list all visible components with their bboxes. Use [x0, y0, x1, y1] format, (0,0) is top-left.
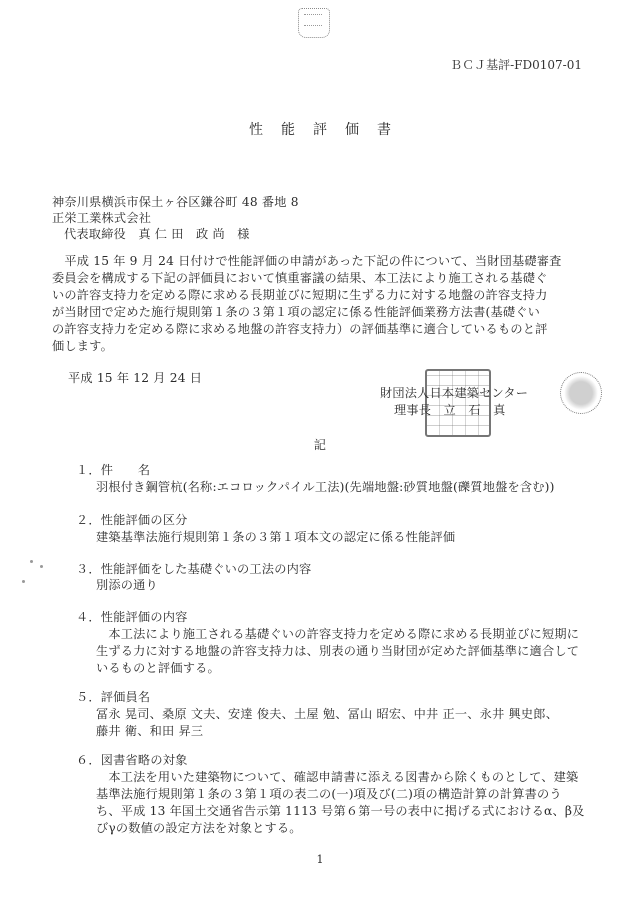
item-heading: １．件 名 [76, 462, 150, 479]
addressee-representative: 代表取締役 真 仁 田 政 尚 様 [64, 226, 250, 243]
body-line: が当財団で定めた施行規則第１条の３第１項の認定に係る性能評価業務方法書(基礎ぐい [52, 304, 612, 321]
item-line: 羽根付き鋼管杭(名称:エコロックパイル工法)(先端地盤:砂質地盤(礫質地盤を含む… [96, 479, 555, 496]
item-heading: ６．図書省略の対象 [76, 752, 188, 769]
body-line: 平成 15 年 9 月 24 日付けで性能評価の申請があった下記の件について、当… [52, 253, 612, 270]
body-line: の許容支持力を定める際に求める地盤の許容支持力）の評価基準に適合しているものと評 [52, 321, 612, 338]
page-number: 1 [0, 853, 640, 866]
item-line: いるものと評価する。 [96, 660, 220, 677]
item-line: 本工法により施工される基礎ぐいの許容支持力を定める際に求める長期並びに短期に [96, 626, 579, 643]
ki-label: 記 [0, 437, 640, 454]
item-line: 生ずる力に対する地盤の許容支持力は、別表の通り当財団が定めた評価基準に適合して [96, 643, 579, 660]
item-line: 建築基準法施行規則第１条の３第１項本文の認定に係る性能評価 [96, 529, 455, 546]
item-heading: ５．評価員名 [76, 689, 150, 706]
scan-speck [22, 580, 25, 583]
official-seal-round [560, 372, 602, 414]
body-line: 委員会を構成する下記の評価員において慎重審議の結果、本工法により施工される基礎ぐ [52, 270, 612, 287]
item-line: びγの数値の設定方法を対象とする。 [96, 820, 302, 837]
body-line: いの許容支持力を定める際に求める長期並びに短期に生ずる力に対する地盤の許容支持力 [52, 287, 612, 304]
item-heading: ４．性能評価の内容 [76, 609, 188, 626]
item-heading: ３．性能評価をした基礎ぐいの工法の内容 [76, 561, 311, 578]
addressee-address: 神奈川県横浜市保土ヶ谷区鎌谷町 48 番地 8 [52, 194, 299, 211]
item-line: 別添の通り [96, 577, 158, 594]
issue-date: 平成 15 年 12 月 24 日 [68, 370, 202, 387]
item-line: 藤井 衛、和田 昇三 [96, 723, 203, 740]
addressee-company: 正栄工業株式会社 [52, 210, 151, 227]
item-line: 基準法施行規則第１条の３第１項の表二の(一)項及び(二)項の構造計算の計算書のう [96, 786, 562, 803]
signature-title-name: 理事長 立 石 真 [394, 402, 506, 419]
item-line: ち、平成 13 年国土交通省告示第 1113 号第６第一号の表中に掲げる式におけ… [96, 803, 584, 820]
item-heading: ２．性能評価の区分 [76, 512, 188, 529]
body-line: 価します。 [52, 338, 612, 355]
receipt-stamp [298, 8, 330, 38]
item-line: 本工法を用いた建築物について、確認申請書に添える図書から除くものとして、建築 [96, 769, 578, 786]
scan-speck [40, 565, 43, 568]
signature-organization: 財団法人日本建築センター [380, 385, 528, 402]
document-title: 性能評価書 [0, 119, 640, 139]
document-id: ＢＣＪ基評-FD0107-01 [450, 56, 582, 73]
scan-speck [30, 560, 33, 563]
item-line: 冨永 晃司、桑原 文夫、安達 俊夫、土屋 勉、冨山 昭宏、中井 正一、永井 興史… [96, 706, 558, 723]
